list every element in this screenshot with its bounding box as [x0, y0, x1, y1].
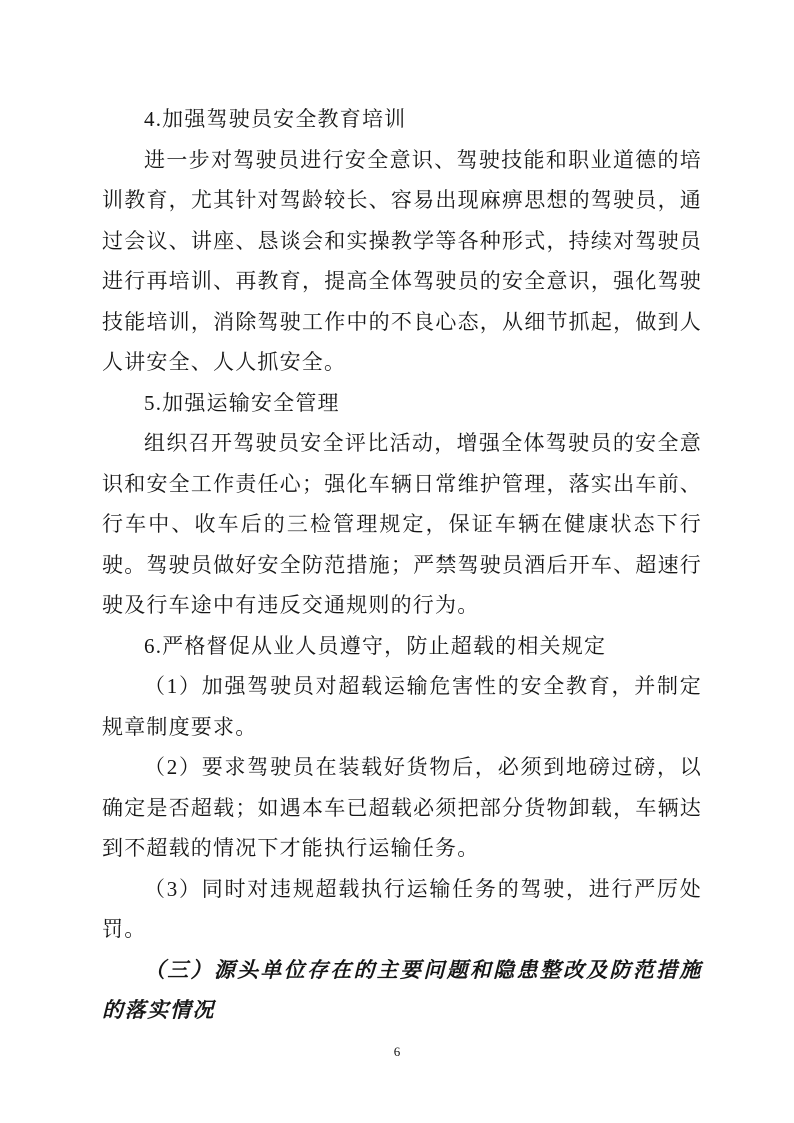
section-heading-4-driver-safety-education: 4.加强驾驶员安全教育培训 [102, 99, 702, 140]
section-heading-source-unit-problems: （三）源头单位存在的主要问题和隐患整改及防范措施的落实情况 [102, 950, 702, 1031]
section-heading-6-overload-prevention-rules: 6.严格督促从业人员遵守，防止超载的相关规定 [102, 626, 702, 667]
paragraph-transport-safety-details: 组织召开驾驶员安全评比活动，增强全体驾驶员的安全意识和安全工作责任心；强化车辆日… [102, 423, 702, 626]
paragraph-driver-training-details: 进一步对驾驶员进行安全意识、驾驶技能和职业道德的培训教育，尤其针对驾龄较长、容易… [102, 140, 702, 383]
paragraph-overload-rule-1: （1）加强驾驶员对超载运输危害性的安全教育，并制定规章制度要求。 [102, 666, 702, 747]
paragraph-overload-rule-2: （2）要求驾驶员在装载好货物后，必须到地磅过磅，以确定是否超载；如遇本车已超载必… [102, 747, 702, 869]
section-heading-5-transport-safety-management: 5.加强运输安全管理 [102, 383, 702, 424]
page-number: 6 [0, 1044, 794, 1060]
document-body: 4.加强驾驶员安全教育培训 进一步对驾驶员进行安全意识、驾驶技能和职业道德的培训… [102, 99, 702, 1031]
paragraph-overload-rule-3: （3）同时对违规超载执行运输任务的驾驶，进行严厉处罚。 [102, 869, 702, 950]
document-page: 4.加强驾驶员安全教育培训 进一步对驾驶员进行安全意识、驾驶技能和职业道德的培训… [0, 0, 794, 1123]
